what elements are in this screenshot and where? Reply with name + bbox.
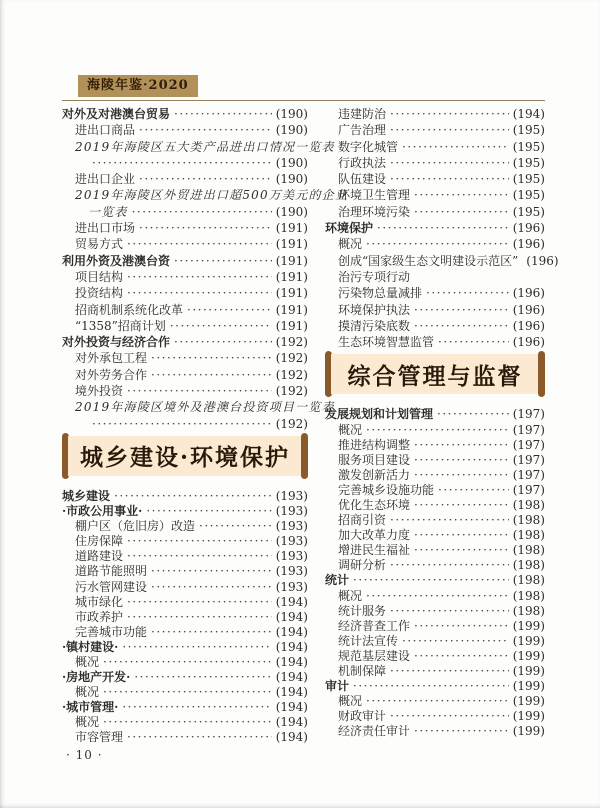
- toc-entry-label: 概况: [338, 589, 362, 604]
- toc-entry: 进出口企业(190): [62, 171, 308, 187]
- toc-entry: 加大改革力度(198): [325, 528, 545, 543]
- toc-entry-label: 城乡建设: [62, 489, 110, 504]
- toc-entry: 行政执法(195): [325, 155, 545, 171]
- toc-entry-page: (198): [513, 558, 545, 573]
- toc-entry: 统计服务(198): [325, 604, 545, 619]
- dot-leader: [151, 580, 272, 595]
- toc-entry-label: 激发创新活力: [338, 468, 410, 483]
- toc-entry: ·市政公用事业·(193): [62, 504, 308, 519]
- toc-entry: 投资结构(191): [62, 285, 308, 301]
- toc-entry-label: 统计: [325, 573, 349, 588]
- toc-entry-page: (193): [276, 564, 308, 579]
- toc-entry: 服务项目建设(197): [325, 453, 545, 468]
- dot-leader: [390, 122, 509, 138]
- toc-entry-label: 推进结构调整: [338, 438, 410, 453]
- toc-entry-label: 进出口市场: [75, 220, 135, 236]
- dot-leader: [438, 334, 509, 350]
- toc-entry-label: 投资结构: [75, 285, 123, 301]
- toc-entry-page: (196): [513, 334, 545, 350]
- dot-leader: [414, 528, 509, 543]
- toc-entry-label: 污水管网建设: [75, 580, 147, 595]
- toc-entry: 概况(198): [325, 589, 545, 604]
- toc-block: 发展规划和计划管理(197)概况(197)推进结构调整(197)服务项目建设(1…: [325, 407, 545, 739]
- toc-entry-page: (195): [513, 139, 545, 155]
- toc-entry: 概况(194): [62, 655, 308, 670]
- toc-entry: (190): [62, 155, 308, 171]
- toc-entry-label: 经济责任审计: [338, 724, 410, 739]
- dot-leader: [122, 700, 271, 715]
- toc-entry: 市政养护(194): [62, 610, 308, 625]
- toc-entry: 项目结构(191): [62, 269, 308, 285]
- toc-entry: 创成“国家级生态文明建设示范区”(196): [325, 253, 545, 269]
- toc-entry-label: 2019年海陵区境外及港澳台投资项目一览表: [75, 399, 335, 415]
- dot-leader: [390, 558, 509, 573]
- toc-entry-label: 概况: [75, 715, 99, 730]
- toc-entry: 概况(196): [325, 236, 545, 252]
- toc-entry-page: (194): [276, 700, 308, 715]
- toc-entry: 贸易方式(191): [62, 236, 308, 252]
- toc-entry-label: 城市绿化: [75, 595, 123, 610]
- toc-entry-page: (194): [513, 106, 545, 122]
- toc-entry-label: 创成“国家级生态文明建设示范区”: [338, 253, 518, 269]
- toc-entry: 对外承包工程(192): [62, 350, 308, 366]
- toc-entry-label: 行政执法: [338, 155, 386, 171]
- toc-entry: ·城市管理·(194): [62, 700, 308, 715]
- toc-entry-label: ·市政公用事业·: [62, 504, 142, 519]
- toc-entry: ·镇村建设·(194): [62, 640, 308, 655]
- dot-leader: [103, 685, 272, 700]
- dot-leader: [390, 155, 509, 171]
- toc-entry: 道路建设(193): [62, 549, 308, 564]
- toc-entry-page: (193): [276, 580, 308, 595]
- dot-leader: [353, 573, 509, 588]
- dot-leader: [199, 519, 272, 534]
- toc-entry-label: 道路节能照明: [75, 564, 147, 579]
- dot-leader: [366, 423, 509, 438]
- toc-entry: 统计(198): [325, 573, 545, 588]
- toc-entry-page: (192): [276, 334, 308, 350]
- toc-entry: 增进民生福祉(198): [325, 543, 545, 558]
- toc-entry-label: ·镇村建设·: [62, 640, 118, 655]
- toc-entry-page: (198): [513, 589, 545, 604]
- toc-entry-label: 环境卫生管理: [338, 187, 410, 203]
- toc-entry-label: 利用外资及港澳台资: [62, 253, 170, 269]
- dot-leader: [414, 187, 509, 203]
- toc-entry-label: 项目结构: [75, 269, 123, 285]
- dot-leader: [127, 383, 272, 399]
- dot-leader: [377, 220, 509, 236]
- toc-block: 对外及对港澳台贸易(190)进出口商品(190)2019年海陵区五大类产品进出口…: [62, 106, 308, 432]
- dot-leader: [390, 171, 509, 187]
- toc-entry-page: (198): [513, 543, 545, 558]
- toc-entry: 道路节能照明(193): [62, 564, 308, 579]
- dot-leader: [438, 483, 509, 498]
- toc-entry: 环境卫生管理(195): [325, 187, 545, 203]
- toc-entry-label: 道路建设: [75, 549, 123, 564]
- toc-entry-page: (190): [276, 106, 308, 122]
- dot-leader: [426, 285, 509, 301]
- dot-leader: [414, 453, 509, 468]
- dot-leader: [146, 504, 271, 519]
- toc-entry-page: (191): [276, 318, 308, 334]
- toc-entry-page: (191): [276, 236, 308, 252]
- dot-leader: [139, 122, 272, 138]
- toc-entry-label: 概况: [338, 694, 362, 709]
- toc-entry-label: 棚户区（危旧房）改造: [75, 519, 195, 534]
- toc-entry-label: 审计: [325, 679, 349, 694]
- toc-entry: 数字化城管(195): [325, 139, 545, 155]
- toc-entry-page: (190): [276, 122, 308, 138]
- toc-entry-label: ·城市管理·: [62, 700, 118, 715]
- dot-leader: [390, 604, 509, 619]
- toc-entry: 概况(194): [62, 685, 308, 700]
- toc-entry: 2019年海陵区五大类产品进出口情况一览表: [62, 139, 308, 155]
- dot-leader: [103, 715, 272, 730]
- toc-entry-label: 对外及对港澳台贸易: [62, 106, 170, 122]
- toc-entry-label: 住房保障: [75, 534, 123, 549]
- toc-entry: 进出口市场(191): [62, 220, 308, 236]
- toc-entry-page: (194): [276, 670, 308, 685]
- toc-column-right: 违建防治(194)广告治理(195)数字化城管(195)行政执法(195)队伍建…: [325, 106, 545, 740]
- toc-entry-label: 统计法宣传: [338, 634, 398, 649]
- toc-entry: 对外投资与经济合作(192): [62, 334, 308, 350]
- toc-entry: 2019年海陵区境外及港澳台投资项目一览表: [62, 399, 308, 415]
- toc-entry: 一览表(190): [62, 204, 308, 220]
- toc-entry-page: (193): [276, 489, 308, 504]
- toc-entry-label: 优化生态环境: [338, 498, 410, 513]
- toc-entry-page: (198): [513, 604, 545, 619]
- toc-entry-page: (199): [513, 679, 545, 694]
- dot-leader: [414, 438, 509, 453]
- toc-entry-page: (199): [513, 724, 545, 739]
- dot-leader: [390, 513, 509, 528]
- toc-entry: 环境保护(196): [325, 220, 545, 236]
- dot-leader: [174, 106, 272, 122]
- toc-entry: 队伍建设(195): [325, 171, 545, 187]
- toc-entry: 概况(197): [325, 423, 545, 438]
- toc-entry-label: 概况: [75, 655, 99, 670]
- page-number: · 10 ·: [66, 748, 103, 762]
- section-heading-title: 综合管理与监督: [331, 354, 539, 394]
- toc-entry-label: 对外投资与经济合作: [62, 334, 170, 350]
- toc-entry-page: (197): [513, 483, 545, 498]
- dot-leader: [437, 407, 509, 422]
- dot-leader: [414, 619, 509, 634]
- toc-entry-label: 服务项目建设: [338, 453, 410, 468]
- toc-entry: 调研分析(198): [325, 558, 545, 573]
- section-bar-right: [538, 351, 545, 397]
- toc-entry: 污水管网建设(193): [62, 580, 308, 595]
- toc-entry-label: 2019年海陵区五大类产品进出口情况一览表: [75, 139, 335, 155]
- toc-entry-page: (196): [526, 253, 558, 269]
- dot-leader: [151, 564, 272, 579]
- toc-entry-label: 环境保护执法: [338, 302, 410, 318]
- toc-entry-page: (199): [513, 634, 545, 649]
- toc-entry-page: (199): [513, 709, 545, 724]
- toc-entry-label: “1358”招商计划: [75, 318, 166, 334]
- toc-entry: 市容管理(194): [62, 730, 308, 745]
- dot-leader: [139, 171, 272, 187]
- toc-entry-page: (196): [513, 318, 545, 334]
- toc-entry: 2019年海陵区外贸进出口超500万美元的企业: [62, 187, 308, 203]
- header-rule: [62, 100, 545, 101]
- dot-leader: [122, 640, 271, 655]
- toc-entry: ·房地产开发·(194): [62, 670, 308, 685]
- section-bar-right: [301, 433, 308, 479]
- toc-entry-page: (199): [513, 664, 545, 679]
- toc-entry-label: 发展规划和计划管理: [325, 407, 433, 422]
- dot-leader: [151, 350, 272, 366]
- yearbook-toc-page: 海陵年鉴·2020 对外及对港澳台贸易(190)进出口商品(190)2019年海…: [0, 0, 600, 808]
- toc-entry-label: 摸清污染底数: [338, 318, 410, 334]
- toc-entry-page: (190): [276, 171, 308, 187]
- toc-entry-label: 违建防治: [338, 106, 386, 122]
- toc-entry-label: 境外投资: [75, 383, 123, 399]
- toc-entry: 审计(199): [325, 679, 545, 694]
- toc-entry-page: (192): [276, 416, 308, 432]
- toc-entry: 城市绿化(194): [62, 595, 308, 610]
- toc-entry-page: (197): [513, 407, 545, 422]
- toc-entry-label: 进出口商品: [75, 122, 135, 138]
- toc-block: 违建防治(194)广告治理(195)数字化城管(195)行政执法(195)队伍建…: [325, 106, 545, 350]
- toc-entry-page: (195): [513, 155, 545, 171]
- toc-entry: 财政审计(199): [325, 709, 545, 724]
- toc-entry-page: (197): [513, 438, 545, 453]
- toc-entry-label: 完善城市功能: [75, 625, 147, 640]
- toc-entry-page: (198): [513, 498, 545, 513]
- toc-entry-label: 调研分析: [338, 558, 386, 573]
- dot-leader: [414, 204, 509, 220]
- dot-leader: [151, 367, 272, 383]
- toc-entry-label: 经济普查工作: [338, 619, 410, 634]
- dot-leader: [366, 694, 509, 709]
- dot-leader: [187, 302, 272, 318]
- toc-entry: 经济责任审计(199): [325, 724, 545, 739]
- toc-entry: 污染物总量减排(196): [325, 285, 545, 301]
- toc-entry-page: (191): [276, 253, 308, 269]
- toc-entry-label: 进出口企业: [75, 171, 135, 187]
- toc-entry: 摸清污染底数(196): [325, 318, 545, 334]
- dot-leader: [127, 285, 272, 301]
- edition-badge: 海陵年鉴·2020: [78, 75, 198, 97]
- toc-entry: 规范基层建设(199): [325, 649, 545, 664]
- dot-leader: [139, 220, 272, 236]
- toc-entry-page: (190): [276, 155, 308, 171]
- dot-leader: [92, 416, 272, 432]
- toc-entry-page: (191): [276, 302, 308, 318]
- toc-entry-page: (198): [513, 528, 545, 543]
- toc-entry-page: (193): [276, 519, 308, 534]
- toc-entry: 激发创新活力(197): [325, 468, 545, 483]
- toc-entry-page: (192): [276, 383, 308, 399]
- dot-leader: [151, 625, 272, 640]
- toc-entry-page: (194): [276, 715, 308, 730]
- dot-leader: [414, 543, 509, 558]
- toc-entry-label: 队伍建设: [338, 171, 386, 187]
- toc-entry-page: (199): [513, 694, 545, 709]
- toc-entry-page: (194): [276, 730, 308, 745]
- toc-entry: 住房保障(193): [62, 534, 308, 549]
- dot-leader: [127, 610, 272, 625]
- dot-leader: [127, 549, 272, 564]
- toc-entry-page: (190): [276, 204, 308, 220]
- toc-entry: 推进结构调整(197): [325, 438, 545, 453]
- dot-leader: [103, 655, 272, 670]
- toc-entry-label: 增进民生福祉: [338, 543, 410, 558]
- dot-leader: [127, 730, 272, 745]
- toc-entry-page: (197): [513, 468, 545, 483]
- dot-leader: [402, 139, 509, 155]
- dot-leader: [174, 253, 272, 269]
- toc-entry-label: 加大改革力度: [338, 528, 410, 543]
- toc-entry-label: 污染物总量减排: [338, 285, 422, 301]
- toc-entry-page: (192): [276, 367, 308, 383]
- dot-leader: [127, 534, 272, 549]
- toc-entry-page: (198): [513, 573, 545, 588]
- toc-entry: 棚户区（危旧房）改造(193): [62, 519, 308, 534]
- toc-entry-page: (195): [513, 171, 545, 187]
- dot-leader: [414, 302, 509, 318]
- toc-entry-page: (194): [276, 595, 308, 610]
- dot-leader: [366, 236, 509, 252]
- toc-entry: 概况(194): [62, 715, 308, 730]
- toc-entry-label: 概况: [338, 236, 362, 252]
- toc-columns: 对外及对港澳台贸易(190)进出口商品(190)2019年海陵区五大类产品进出口…: [62, 106, 545, 746]
- toc-column-left: 对外及对港澳台贸易(190)进出口商品(190)2019年海陵区五大类产品进出口…: [62, 106, 308, 746]
- toc-entry-page: (194): [276, 655, 308, 670]
- toc-entry: 招商机制系统化改革(191): [62, 302, 308, 318]
- toc-entry-page: (196): [513, 285, 545, 301]
- toc-entry: 统计法宣传(199): [325, 634, 545, 649]
- dot-leader: [390, 106, 509, 122]
- toc-entry: 治理环境污染(195): [325, 204, 545, 220]
- dot-leader: [414, 468, 509, 483]
- toc-entry: 机制保障(199): [325, 664, 545, 679]
- toc-entry-label: 机制保障: [338, 664, 386, 679]
- toc-entry-page: (193): [276, 549, 308, 564]
- dot-leader: [414, 649, 509, 664]
- dot-leader: [92, 155, 272, 171]
- toc-entry: 广告治理(195): [325, 122, 545, 138]
- toc-entry: 经济普查工作(199): [325, 619, 545, 634]
- toc-entry-label: 对外劳务合作: [75, 367, 147, 383]
- toc-entry-page: (197): [513, 453, 545, 468]
- toc-entry-page: (198): [513, 513, 545, 528]
- dot-leader: [114, 489, 272, 504]
- dot-leader: [127, 236, 272, 252]
- toc-entry-page: (193): [276, 504, 308, 519]
- toc-entry-page: (194): [276, 625, 308, 640]
- toc-entry-page: (195): [513, 122, 545, 138]
- toc-entry: 生态环境智慧监管(196): [325, 334, 545, 350]
- toc-entry-page: (196): [513, 236, 545, 252]
- toc-entry-label: 治理环境污染: [338, 204, 410, 220]
- toc-entry-page: (192): [276, 350, 308, 366]
- dot-leader: [127, 269, 272, 285]
- toc-entry: 治污专项行动: [325, 269, 545, 285]
- dot-leader: [414, 318, 509, 334]
- dot-leader: [414, 498, 509, 513]
- toc-entry-label: 治污专项行动: [338, 269, 410, 285]
- toc-entry-label: 招商引资: [338, 513, 386, 528]
- toc-entry: 对外及对港澳台贸易(190): [62, 106, 308, 122]
- toc-entry: 发展规划和计划管理(197): [325, 407, 545, 422]
- toc-entry-page: (191): [276, 285, 308, 301]
- toc-entry: 境外投资(192): [62, 383, 308, 399]
- toc-entry-label: 市政养护: [75, 610, 123, 625]
- toc-entry-label: 概况: [75, 685, 99, 700]
- dot-leader: [174, 334, 272, 350]
- toc-entry-page: (193): [276, 534, 308, 549]
- toc-entry: 违建防治(194): [325, 106, 545, 122]
- toc-entry-page: (195): [513, 204, 545, 220]
- toc-entry-label: 一览表: [88, 204, 128, 220]
- toc-entry-label: 完善城乡设施功能: [338, 483, 434, 498]
- toc-entry-label: 统计服务: [338, 604, 386, 619]
- toc-entry-page: (194): [276, 640, 308, 655]
- toc-entry-label: 数字化城管: [338, 139, 398, 155]
- toc-entry-label: 生态环境智慧监管: [338, 334, 434, 350]
- toc-entry: 对外劳务合作(192): [62, 367, 308, 383]
- toc-entry-label: 环境保护: [325, 220, 373, 236]
- toc-entry-page: (191): [276, 220, 308, 236]
- toc-entry-label: 市容管理: [75, 730, 123, 745]
- dot-leader: [170, 318, 272, 334]
- dot-leader: [132, 204, 272, 220]
- toc-entry: 城乡建设(193): [62, 489, 308, 504]
- toc-entry-label: ·房地产开发·: [62, 670, 130, 685]
- toc-entry-page: (199): [513, 619, 545, 634]
- toc-entry: 概况(199): [325, 694, 545, 709]
- toc-entry-page: (196): [513, 220, 545, 236]
- dot-leader: [390, 709, 509, 724]
- toc-entry-page: (197): [513, 423, 545, 438]
- toc-entry-page: (195): [513, 187, 545, 203]
- toc-entry: 利用外资及港澳台资(191): [62, 253, 308, 269]
- toc-entry-page: (194): [276, 685, 308, 700]
- toc-entry-label: 规范基层建设: [338, 649, 410, 664]
- dot-leader: [134, 670, 271, 685]
- toc-entry-page: (191): [276, 269, 308, 285]
- toc-entry: 环境保护执法(196): [325, 302, 545, 318]
- section-heading: 综合管理与监督: [325, 354, 545, 394]
- toc-entry-label: 贸易方式: [75, 236, 123, 252]
- toc-entry: 优化生态环境(198): [325, 498, 545, 513]
- toc-entry: (192): [62, 416, 308, 432]
- toc-entry-label: 财政审计: [338, 709, 386, 724]
- toc-entry-label: 2019年海陵区外贸进出口超500万美元的企业: [75, 187, 348, 203]
- section-heading: 城乡建设·环境保护: [62, 436, 308, 476]
- toc-entry: 进出口商品(190): [62, 122, 308, 138]
- toc-entry-page: (199): [513, 649, 545, 664]
- toc-entry: “1358”招商计划(191): [62, 318, 308, 334]
- toc-entry: 完善城乡设施功能(197): [325, 483, 545, 498]
- toc-entry-label: 广告治理: [338, 122, 386, 138]
- dot-leader: [366, 589, 509, 604]
- toc-entry-label: 招商机制系统化改革: [75, 302, 183, 318]
- toc-block: 城乡建设(193)·市政公用事业·(193)棚户区（危旧房）改造(193)住房保…: [62, 489, 308, 746]
- toc-entry: 招商引资(198): [325, 513, 545, 528]
- dot-leader: [390, 664, 509, 679]
- section-heading-title: 城乡建设·环境保护: [68, 436, 302, 476]
- toc-entry: 完善城市功能(194): [62, 625, 308, 640]
- toc-entry-page: (194): [276, 610, 308, 625]
- toc-entry-label: 对外承包工程: [75, 350, 147, 366]
- toc-entry-label: 概况: [338, 423, 362, 438]
- dot-leader: [353, 679, 509, 694]
- dot-leader: [414, 724, 509, 739]
- dot-leader: [127, 595, 272, 610]
